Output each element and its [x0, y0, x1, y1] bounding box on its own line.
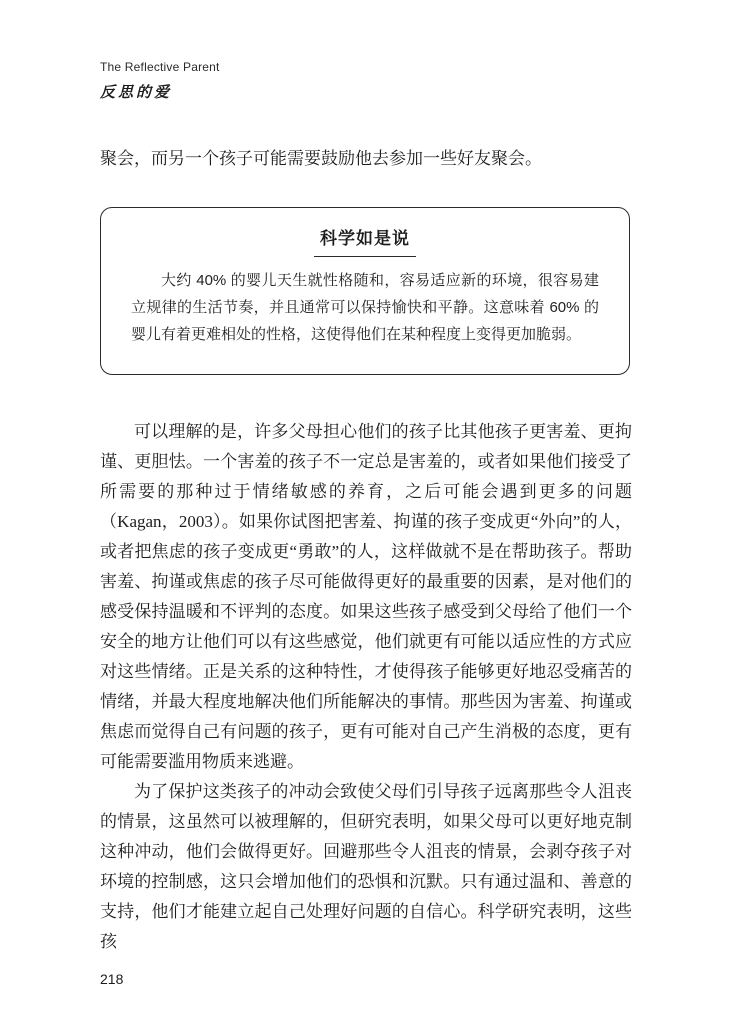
science-box-title-wrap: 科学如是说	[131, 224, 599, 257]
running-head: The Reflective Parent 反思的爱	[100, 60, 220, 102]
science-box-title: 科学如是说	[314, 224, 416, 257]
body-paragraph: 可以理解的是，许多父母担心他们的孩子比其他孩子更害羞、更拘谨、更胆怯。一个害羞的…	[100, 417, 632, 777]
book-title-english: The Reflective Parent	[100, 60, 220, 74]
book-title-chinese: 反思的爱	[100, 81, 220, 102]
book-page: The Reflective Parent 反思的爱 聚会，而另一个孩子可能需要…	[0, 0, 730, 1031]
science-sidebar-box: 科学如是说 大约 40% 的婴儿天生就性格随和，容易适应新的环境，很容易建立规律…	[100, 207, 630, 375]
body-text: 可以理解的是，许多父母担心他们的孩子比其他孩子更害羞、更拘谨、更胆怯。一个害羞的…	[100, 417, 632, 957]
science-box-body: 大约 40% 的婴儿天生就性格随和，容易适应新的环境，很容易建立规律的生活节奏，…	[131, 267, 599, 348]
carryover-sentence: 聚会，而另一个孩子可能需要鼓励他去参加一些好友聚会。	[100, 147, 632, 171]
body-paragraph: 为了保护这类孩子的冲动会致使父母们引导孩子远离那些令人沮丧的情景，这虽然可以被理…	[100, 777, 632, 957]
page-number: 218	[100, 971, 123, 987]
